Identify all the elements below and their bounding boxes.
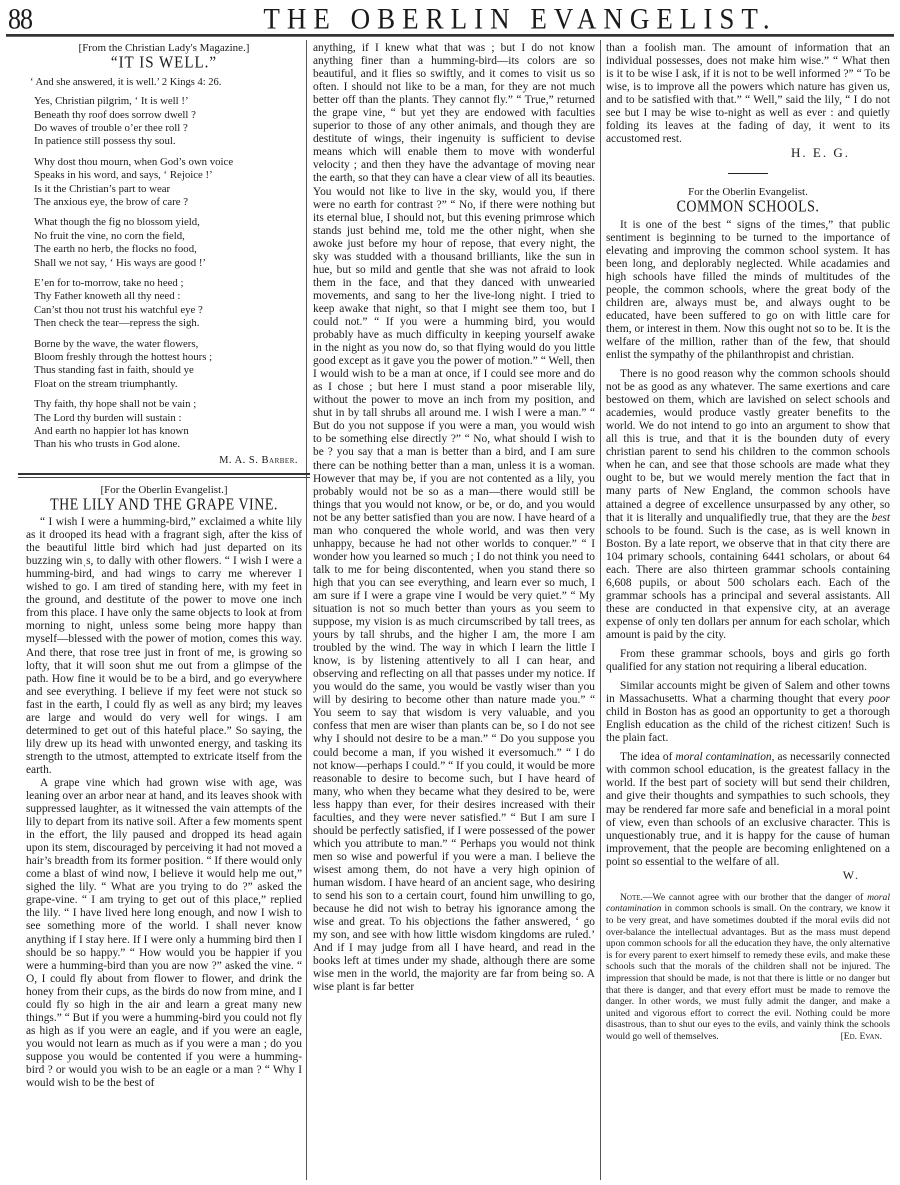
column-2: anything, if I knew what that was ; but … bbox=[313, 42, 595, 994]
article-separator bbox=[728, 173, 768, 174]
text-run: Similar accounts might be given of Salem… bbox=[606, 680, 890, 705]
schools-paragraph: It is one of the best “ signs of the tim… bbox=[606, 219, 890, 363]
poem-line: Is it the Christian’s part to wear bbox=[34, 183, 302, 196]
poem-line: Than his who trusts in God alone. bbox=[34, 438, 302, 451]
common-schools-article: For the Oberlin Evangelist. COMMON SCHOO… bbox=[606, 186, 890, 1042]
masthead: 88 THE OBERLIN EVANGELIST. bbox=[0, 0, 900, 34]
poem-line: Float on the stream triumphantly. bbox=[34, 378, 302, 391]
poem-stanza: Thy faith, thy hope shall not be vain ; … bbox=[34, 398, 302, 452]
schools-paragraph: From these grammar schools, boys and gir… bbox=[606, 648, 890, 674]
emphasis: moral contamination bbox=[675, 751, 771, 763]
story-title: THE LILY AND THE GRAPE VINE. bbox=[26, 498, 302, 514]
note-label: Note.— bbox=[620, 892, 653, 903]
poem-line: Thy Father knoweth all thy need : bbox=[34, 290, 302, 303]
article-separator bbox=[18, 473, 310, 478]
poem-line: Thy faith, thy hope shall not be vain ; bbox=[34, 398, 302, 411]
poem-line: Beneath thy roof does sorrow dwell ? bbox=[34, 109, 302, 122]
text-run: The idea of bbox=[620, 751, 675, 763]
column-3: than a foolish man. The amount of inform… bbox=[606, 42, 890, 1042]
poem-line: E’en for to-morrow, take no heed ; bbox=[34, 277, 302, 290]
newspaper-title: THE OBERLIN EVANGELIST. bbox=[150, 2, 890, 36]
lily-article: [For the Oberlin Evangelist.] THE LILY A… bbox=[26, 484, 302, 1090]
story-paragraph: A grape vine which had grown wise with a… bbox=[26, 777, 302, 1090]
masthead-rule bbox=[6, 34, 894, 37]
poem-article: [From the Christian Lady's Magazine.] “I… bbox=[26, 42, 302, 467]
text-run: There is no good reason why the common s… bbox=[606, 368, 890, 524]
page-number: 88 bbox=[8, 2, 32, 37]
poem-line: And earth no happier lot has known bbox=[34, 425, 302, 438]
text-run: schools to be found. Such is the case, a… bbox=[606, 525, 890, 641]
schools-title: COMMON SCHOOLS. bbox=[606, 200, 890, 216]
poem-line: Yes, Christian pilgrim, ‘ It is well !’ bbox=[34, 95, 302, 108]
poem-line: Can’st thou not trust his watchful eye ? bbox=[34, 304, 302, 317]
poem-line: Thus standing fast in faith, should ye bbox=[34, 364, 302, 377]
story-author: H. E. G. bbox=[606, 146, 850, 159]
poem-stanza: What though the fig no blossom yield, No… bbox=[34, 216, 302, 270]
story-paragraph: anything, if I knew what that was ; but … bbox=[313, 42, 595, 994]
poem-stanza: Why dost thou mourn, when God’s own voic… bbox=[34, 156, 302, 210]
poem-line: Bloom freshly through the hottest hours … bbox=[34, 351, 302, 364]
poem-line: The Lord thy burden will sustain : bbox=[34, 412, 302, 425]
poem-line: Shall we not say, ‘ His ways are good !’ bbox=[34, 257, 302, 270]
poem-line: Then check the tear—repress the sigh. bbox=[34, 317, 302, 330]
schools-paragraph: There is no good reason why the common s… bbox=[606, 368, 890, 642]
emphasis: best bbox=[872, 512, 890, 524]
poem-line: In patience still possess thy soul. bbox=[34, 135, 302, 148]
poem-line: The earth no herb, the flocks no food, bbox=[34, 243, 302, 256]
poem-line: What though the fig no blossom yield, bbox=[34, 216, 302, 229]
poem-line: Do waves of trouble o’er thee roll ? bbox=[34, 122, 302, 135]
poem-line: Speaks in his word, and says, ‘ Rejoice … bbox=[34, 169, 302, 182]
poem-stanza: Yes, Christian pilgrim, ‘ It is well !’ … bbox=[34, 95, 302, 149]
text-run: in common schools is small. On the contr… bbox=[606, 903, 890, 1042]
text-run: We cannot agree with our brother that th… bbox=[653, 892, 868, 903]
emphasis: poor bbox=[868, 693, 890, 705]
poem-stanza: Borne by the wave, the water flowers, Bl… bbox=[34, 338, 302, 392]
editor-note: Note.—We cannot agree with our brother t… bbox=[606, 892, 890, 1043]
poem-title: “IT IS WELL.” bbox=[26, 56, 302, 71]
poem-epigraph: ‘ And she answered, it is well.’ 2 Kings… bbox=[26, 76, 302, 89]
poem-line: Borne by the wave, the water flowers, bbox=[34, 338, 302, 351]
column-1: [From the Christian Lady's Magazine.] “I… bbox=[26, 42, 302, 1090]
story-paragraph: “ I wish I were a humming-bird,” exclaim… bbox=[26, 516, 302, 777]
schools-author: W. bbox=[606, 869, 860, 882]
poem-line: Why dost thou mourn, when God’s own voic… bbox=[34, 156, 302, 169]
text-run: , as necessarily connected with common s… bbox=[606, 751, 890, 867]
column-divider bbox=[600, 40, 601, 1180]
poem-author: M. A. S. Barber. bbox=[26, 454, 298, 467]
poem-stanza: E’en for to-morrow, take no heed ; Thy F… bbox=[34, 277, 302, 331]
schools-paragraph: The idea of moral contamination, as nece… bbox=[606, 751, 890, 868]
text-run: child in Boston has as good an opportuni… bbox=[606, 706, 890, 744]
poem-line: No fruit the vine, no corn the field, bbox=[34, 230, 302, 243]
column-divider bbox=[306, 40, 307, 1180]
schools-paragraph: Similar accounts might be given of Salem… bbox=[606, 680, 890, 745]
story-source: [For the Oberlin Evangelist.] bbox=[26, 484, 302, 497]
poem-line: The anxious eye, the brow of care ? bbox=[34, 196, 302, 209]
story-paragraph: than a foolish man. The amount of inform… bbox=[606, 42, 890, 146]
